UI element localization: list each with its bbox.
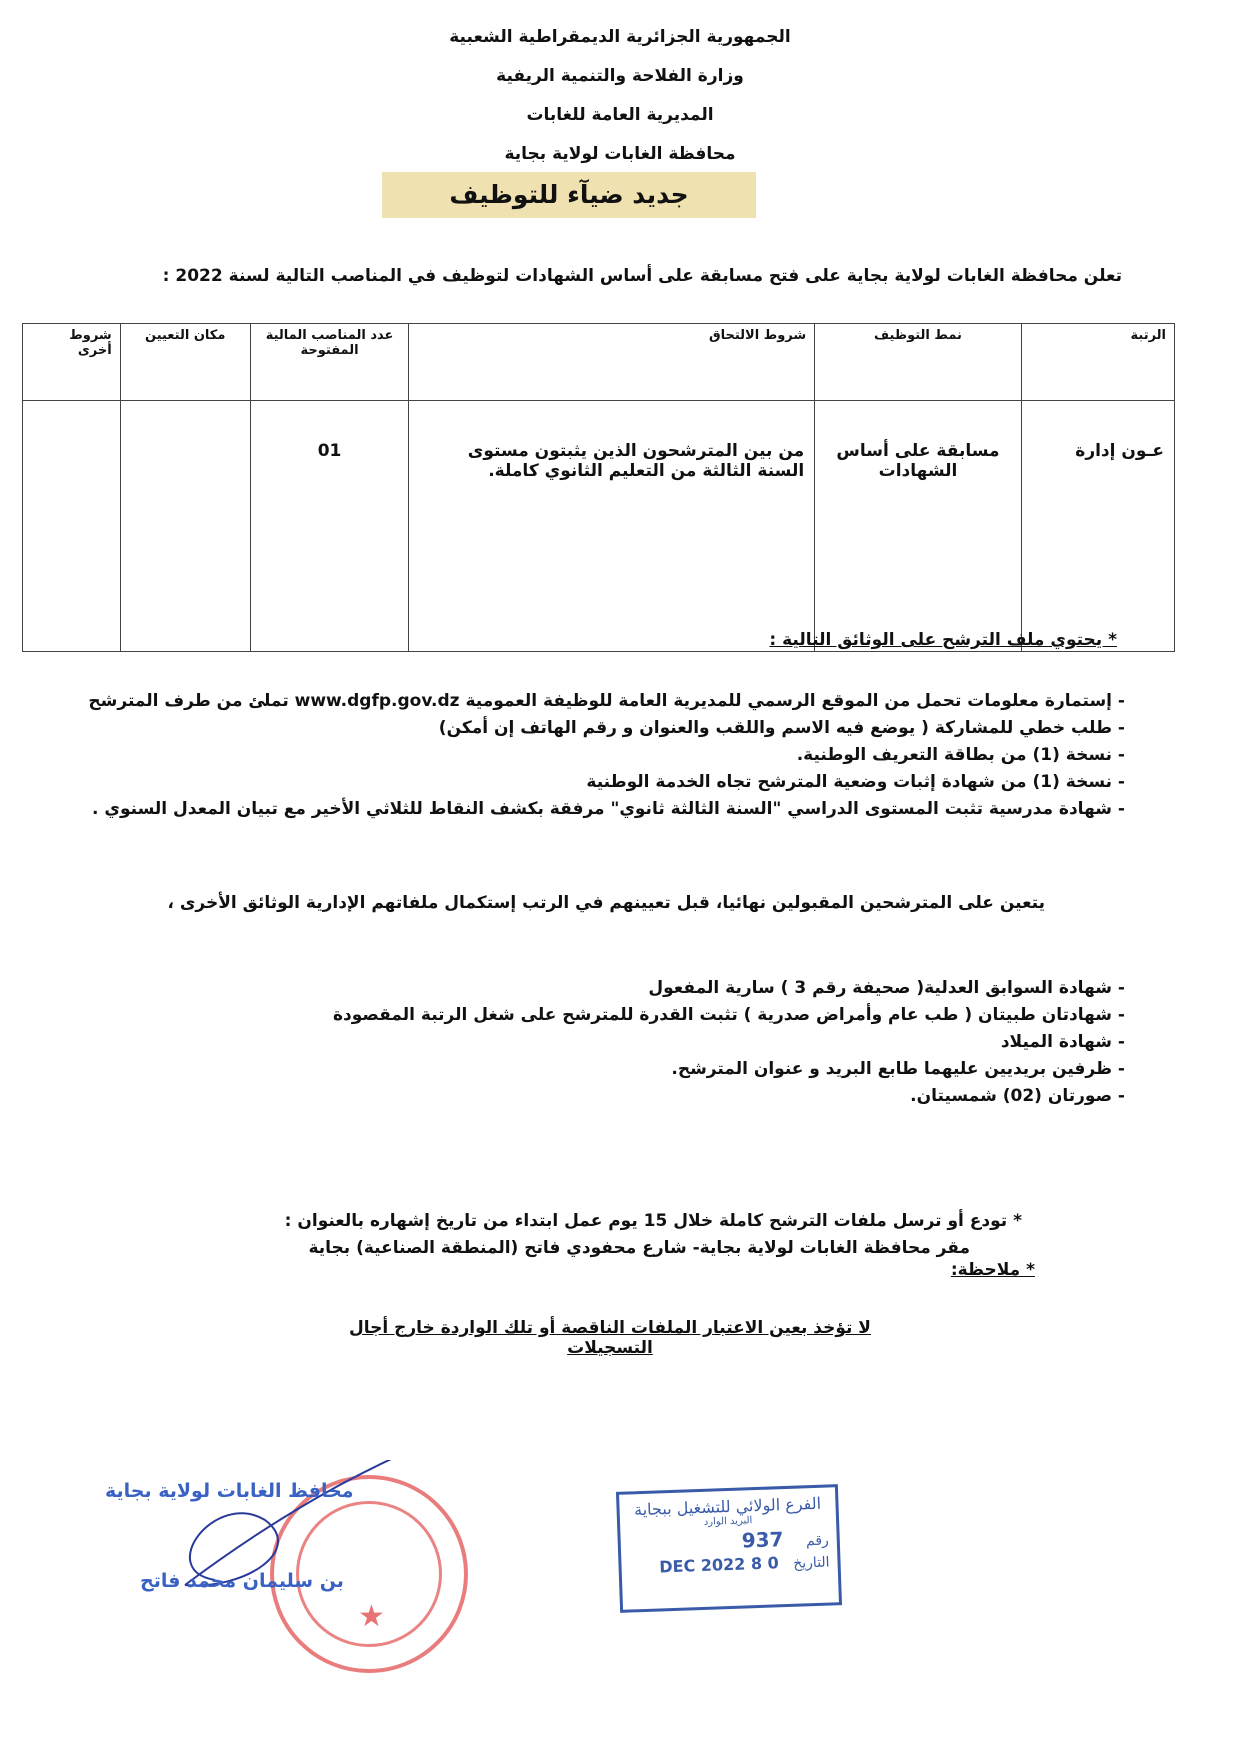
stamp-number: 937 xyxy=(741,1527,784,1552)
list-item: شهادة مدرسية تثبت المستوى الدراسي "السنة… xyxy=(88,796,1125,823)
signature-block: محافظ الغابات لولاية بجاية بن سليمان محم… xyxy=(95,1460,515,1600)
cell-count: 01 xyxy=(250,401,409,652)
header-directorate: المديرية العامة للغابات xyxy=(0,96,1240,135)
final-candidates-text: يتعين على المترشحين المقبولين نهائيا، قب… xyxy=(167,893,1045,913)
cell-place xyxy=(120,401,250,652)
signature-title: محافظ الغابات لولاية بجاية xyxy=(105,1480,354,1502)
list-item: شهادة السوابق العدلية( صحيفة رقم 3 ) سار… xyxy=(333,975,1125,1002)
list-item: شهادتان طبيتان ( طب عام وأمراض صدرية ) ت… xyxy=(333,1002,1125,1029)
list-item: نسخة (1) من بطاقة التعريف الوطنية. xyxy=(88,742,1125,769)
list-item: ظرفين بريديين عليهما طابع البريد و عنوان… xyxy=(333,1056,1125,1083)
header-place: مكان التعيين xyxy=(120,324,250,401)
list-item: إستمارة معلومات تحمل من الموقع الرسمي لل… xyxy=(88,688,1125,715)
stamp-date-label: التاريخ xyxy=(793,1555,830,1572)
deposit-address: مقر محافظة الغابات لولاية بجاية- شارع مح… xyxy=(285,1235,1022,1262)
banner-title: جديد ضيآء للتوظيف xyxy=(382,172,756,218)
additional-documents-list: شهادة السوابق العدلية( صحيفة رقم 3 ) سار… xyxy=(333,975,1125,1110)
list-item: شهادة الميلاد xyxy=(333,1029,1125,1056)
documents-title: * يحتوي ملف الترشح على الوثائق التالية : xyxy=(769,630,1117,650)
note-title: * ملاحظة: xyxy=(951,1260,1035,1280)
deposit-instructions: * تودع أو ترسل ملفات الترشح كاملة خلال 1… xyxy=(285,1208,1022,1262)
intro-text: تعلن محافظة الغابات لولاية بجاية على فتح… xyxy=(163,266,1122,286)
deposit-line: * تودع أو ترسل ملفات الترشح كاملة خلال 1… xyxy=(285,1208,1022,1235)
header-rank: الرتبة xyxy=(1021,324,1174,401)
list-item: نسخة (1) من شهادة إثبات وضعية المترشح تج… xyxy=(88,769,1125,796)
cell-conditions: من بين المترشحون الذين يثبتون مستوى السن… xyxy=(409,401,815,652)
receipt-stamp: الفرع الولائي للتشغيل ببجاية البريد الوا… xyxy=(616,1484,842,1613)
positions-table: الرتبة نمط التوظيف شروط الالتحاق عدد الم… xyxy=(22,323,1175,652)
note-text: لا تؤخذ بعين الاعتبار الملفات الناقصة أو… xyxy=(310,1318,910,1358)
cell-rank: عـون إدارة xyxy=(1021,401,1174,652)
header-conditions: شروط الالتحاق xyxy=(409,324,815,401)
header-republic: الجمهورية الجزائرية الديمقراطية الشعبية xyxy=(0,18,1240,57)
table-header-row: الرتبة نمط التوظيف شروط الالتحاق عدد الم… xyxy=(23,324,1175,401)
header-ministry: وزارة الفلاحة والتنمية الريفية xyxy=(0,57,1240,96)
stamp-number-label: رقم xyxy=(806,1533,829,1550)
header-other: شروط أخرى xyxy=(23,324,121,401)
header-count: عدد المناصب المالية المفتوحة xyxy=(250,324,409,401)
documents-list: إستمارة معلومات تحمل من الموقع الرسمي لل… xyxy=(88,688,1125,823)
document-header: الجمهورية الجزائرية الديمقراطية الشعبية … xyxy=(0,18,1240,174)
cell-other xyxy=(23,401,121,652)
list-item: طلب خطي للمشاركة ( يوضع فيه الاسم واللقب… xyxy=(88,715,1125,742)
cell-mode: مسابقة على أساس الشهادات xyxy=(815,401,1022,652)
recruitment-announcement: الجمهورية الجزائرية الديمقراطية الشعبية … xyxy=(0,0,1240,1754)
list-item: صورتان (02) شمسيتان. xyxy=(333,1083,1125,1110)
table-row: عـون إدارة مسابقة على أساس الشهادات من ب… xyxy=(23,401,1175,652)
stamp-date: 0 8 DEC 2022 xyxy=(659,1553,779,1576)
header-mode: نمط التوظيف xyxy=(815,324,1022,401)
header-conservation: محافظة الغابات لولاية بجاية xyxy=(0,135,1240,174)
signature-name: بن سليمان محمد فاتح xyxy=(140,1570,344,1592)
star-icon: ★ xyxy=(358,1599,385,1634)
